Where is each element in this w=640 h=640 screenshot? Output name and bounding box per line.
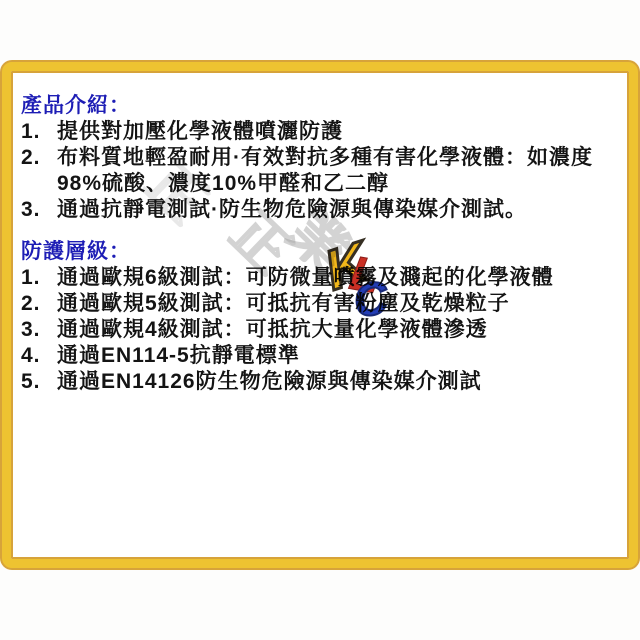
list-item-text: 布料質地輕盈耐用·有效對抗多種有害化學液體：如濃度98%硫酸、濃度10%甲醛和乙… — [57, 145, 621, 197]
list-item-text: 通過歐規4級測試：可抵抗大量化學液體滲透 — [57, 317, 621, 343]
list-item-number: 3. — [21, 317, 57, 343]
list-item-text: 通過EN114-5抗靜電標準 — [57, 343, 621, 369]
list-item-number: 1. — [21, 119, 57, 145]
list-item: 4. 通過EN114-5抗靜電標準 — [21, 343, 621, 369]
list-item-number: 4. — [21, 343, 57, 369]
section-title-product-intro: 產品介紹： — [21, 93, 621, 119]
list-item-text: 通過歐規6級測試：可防微量噴霧及濺起的化學液體 — [57, 265, 621, 291]
content-area: 產品介紹： 1. 提供對加壓化學液體噴灑防護 2. 布料質地輕盈耐用·有效對抗多… — [21, 93, 621, 395]
list-item: 2. 通過歐規5級測試：可抵抗有害粉塵及乾燥粒子 — [21, 291, 621, 317]
list-item-number: 3. — [21, 197, 57, 223]
list-item: 3. 通過歐規4級測試：可抵抗大量化學液體滲透 — [21, 317, 621, 343]
list-item-text: 通過抗靜電測試·防生物危險源與傳染媒介測試。 — [57, 197, 621, 223]
list-item-number: 1. — [21, 265, 57, 291]
list-item-text: 提供對加壓化學液體噴灑防護 — [57, 119, 621, 145]
section-product-intro: 產品介紹： 1. 提供對加壓化學液體噴灑防護 2. 布料質地輕盈耐用·有效對抗多… — [21, 93, 621, 223]
list-item-number: 2. — [21, 145, 57, 171]
section-title-protection-levels: 防護層級： — [21, 239, 621, 265]
list-item: 5. 通過EN14126防生物危險源與傳染媒介測試 — [21, 369, 621, 395]
product-description-image: 正 業 正 產品介紹： 1. 提供對加壓化學液體噴灑防護 2. 布料質地輕盈耐用… — [0, 0, 640, 640]
list-item-number: 5. — [21, 369, 57, 395]
list-item: 2. 布料質地輕盈耐用·有效對抗多種有害化學液體：如濃度98%硫酸、濃度10%甲… — [21, 145, 621, 197]
list-item-text: 通過歐規5級測試：可抵抗有害粉塵及乾燥粒子 — [57, 291, 621, 317]
list-item-number: 2. — [21, 291, 57, 317]
list-item: 3. 通過抗靜電測試·防生物危險源與傳染媒介測試。 — [21, 197, 621, 223]
list-item: 1. 提供對加壓化學液體噴灑防護 — [21, 119, 621, 145]
list-item: 1. 通過歐規6級測試：可防微量噴霧及濺起的化學液體 — [21, 265, 621, 291]
section-protection-levels: 防護層級： 1. 通過歐規6級測試：可防微量噴霧及濺起的化學液體 2. 通過歐規… — [21, 239, 621, 395]
list-item-text: 通過EN14126防生物危險源與傳染媒介測試 — [57, 369, 621, 395]
